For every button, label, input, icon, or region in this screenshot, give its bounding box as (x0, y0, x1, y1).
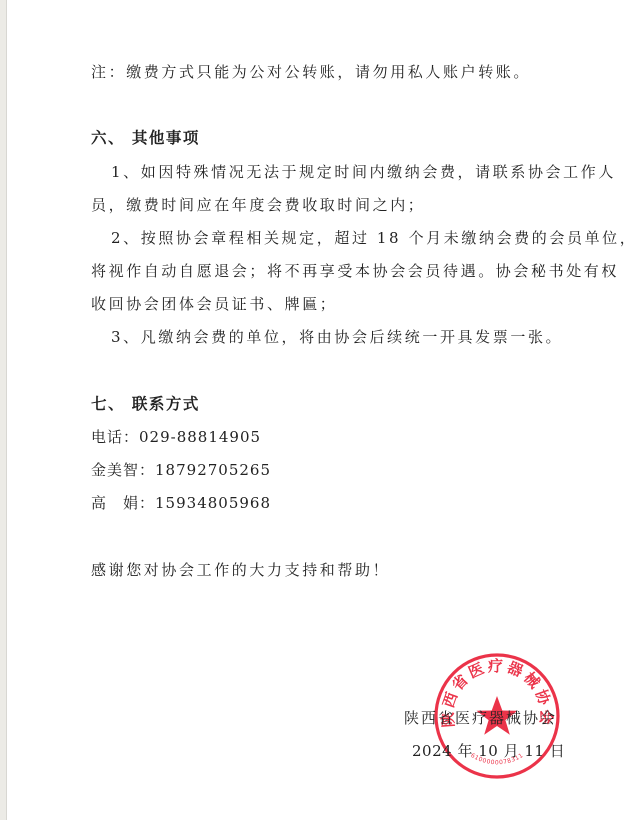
section-6-item-2-line-3: 收回协会团体会员证书、牌匾； (91, 295, 337, 313)
payment-note: 注：缴费方式只能为公对公转账，请勿用私人账户转账。 (91, 63, 531, 81)
signature-organization: 陕西省医疗器械协会 (404, 709, 557, 727)
contact-person: 金美智：18792705265 (91, 461, 271, 479)
contact-label: 金美智： (91, 461, 155, 479)
section-6-item-1-line-2: 员，缴费时间应在年度会费收取时间之内； (91, 196, 425, 214)
viewer-left-margin (0, 0, 7, 820)
document-page: 注：缴费方式只能为公对公转账，请勿用私人账户转账。 六、 其他事项 1、如因特殊… (7, 0, 639, 820)
contact-person: 高 娟：15934805968 (91, 494, 271, 512)
section-6-item-2-line-1: 2、按照协会章程相关规定，超过 18 个月未缴纳会费的会员单位， (111, 229, 637, 247)
section-6-item-2-line-2: 将视作自动自愿退会；将不再享受本协会会员待遇。协会秘书处有权 (91, 262, 619, 280)
contact-label: 电话： (91, 428, 139, 446)
contact-value: 029-88814905 (139, 428, 261, 446)
thanks-message: 感谢您对协会工作的大力支持和帮助！ (91, 561, 390, 579)
contact-phone: 电话：029-88814905 (91, 428, 261, 446)
section-6-heading: 六、 其他事项 (91, 129, 200, 147)
signature-date: 2024 年 10 月 11 日 (412, 742, 565, 760)
contact-value: 18792705265 (155, 461, 271, 479)
contact-label: 高 娟： (91, 494, 155, 512)
section-6-item-1-line-1: 1、如因特殊情况无法于规定时间内缴纳会费，请联系协会工作人 (111, 163, 616, 181)
section-6-item-3-line-1: 3、凡缴纳会费的单位，将由协会后续统一开具发票一张。 (111, 328, 563, 346)
contact-value: 15934805968 (155, 494, 271, 512)
section-7-heading: 七、 联系方式 (91, 395, 200, 413)
